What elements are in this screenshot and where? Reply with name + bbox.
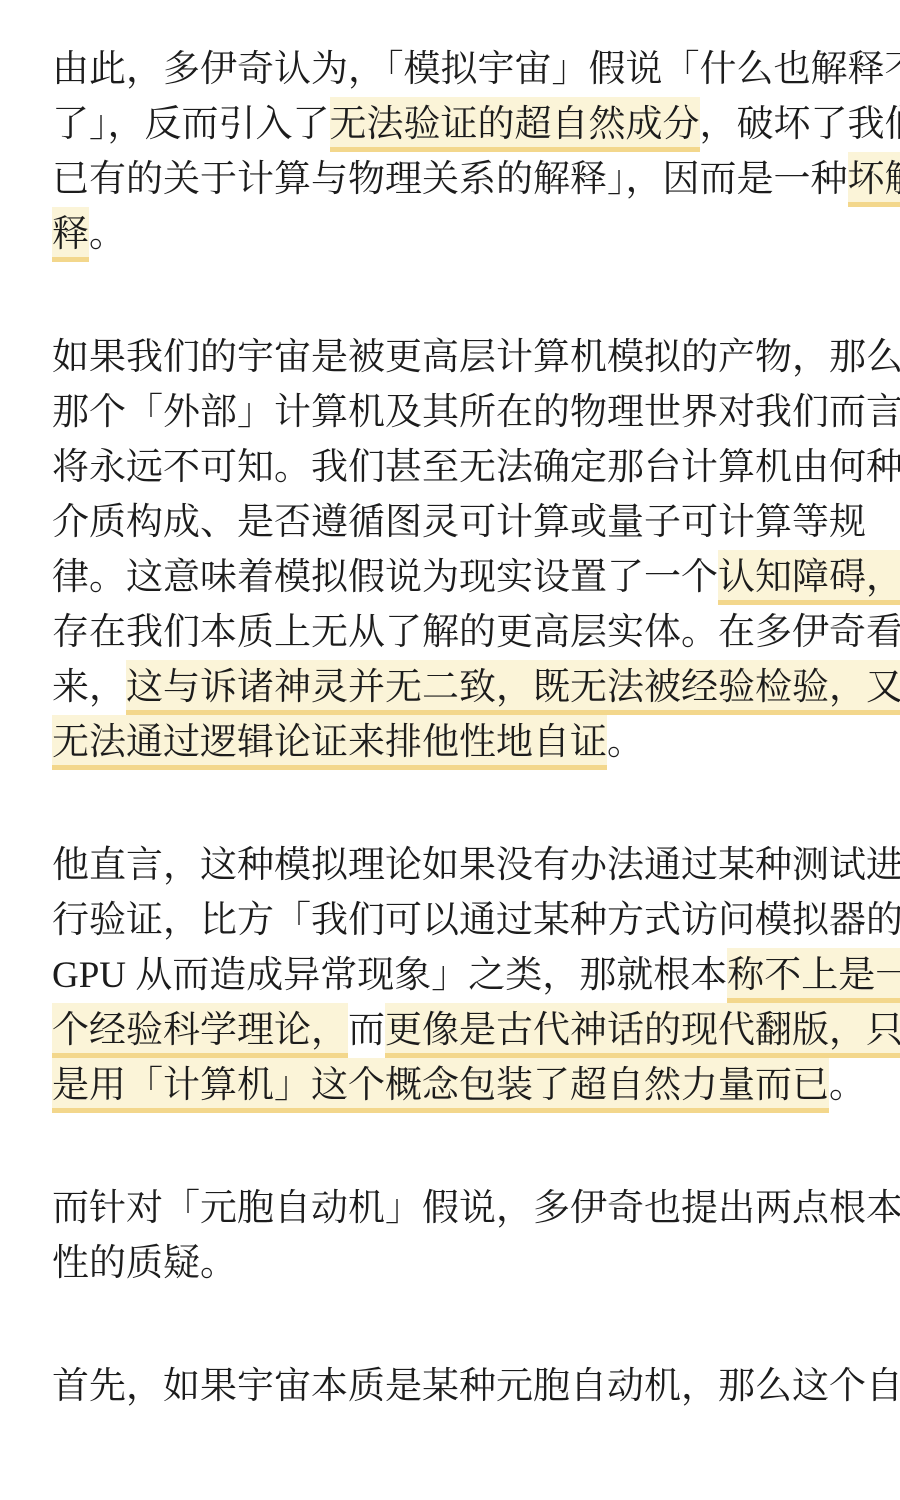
paragraph: 首先，如果宇宙本质是某种元胞自动机，那么这个自 [52, 1359, 848, 1414]
text-line: 律。这意味着模拟假说为现实设置了一个认知障碍， [52, 550, 848, 605]
text-line: 介质构成、是否遵循图灵可计算或量子可计算等规 [52, 495, 848, 550]
text-line: 首先，如果宇宙本质是某种元胞自动机，那么这个自 [52, 1359, 848, 1414]
text-segment: 首先，如果宇宙本质是某种元胞自动机，那么这个自 [52, 1366, 900, 1407]
text-segment: 由此，多伊奇认为，「模拟宇宙」假说「什么也解释不 [52, 49, 900, 90]
text-line: 而针对「元胞自动机」假说，多伊奇也提出两点根本 [52, 1181, 848, 1236]
text-segment: 来， [52, 667, 126, 708]
text-segment: 。 [607, 722, 644, 763]
text-segment: 如果我们的宇宙是被更高层计算机模拟的产物，那么 [52, 337, 900, 378]
text-line: 性的质疑。 [52, 1236, 848, 1291]
text-segment: 。 [89, 214, 126, 255]
text-line: 来，这与诉诸神灵并无二致，既无法被经验检验，又 [52, 660, 848, 715]
highlighted-text: 无法验证的超自然成分 [330, 97, 700, 152]
text-line: 那个「外部」计算机及其所在的物理世界对我们而言 [52, 385, 848, 440]
text-segment: 而 [348, 1010, 385, 1051]
text-segment: 了」，反而引入了 [52, 104, 330, 145]
highlighted-text: 无法通过逻辑论证来排他性地自证 [52, 715, 607, 770]
text-line: 是用「计算机」这个概念包装了超自然力量而已。 [52, 1058, 848, 1113]
text-line: 由此，多伊奇认为，「模拟宇宙」假说「什么也解释不 [52, 42, 848, 97]
text-line: 释。 [52, 207, 848, 262]
highlighted-text: 称不上是一 [727, 948, 900, 1003]
paragraph: 如果我们的宇宙是被更高层计算机模拟的产物，那么那个「外部」计算机及其所在的物理世… [52, 330, 848, 770]
text-line: 行验证，比方「我们可以通过某种方式访问模拟器的 [52, 893, 848, 948]
text-line: 了」，反而引入了无法验证的超自然成分，破坏了我们 [52, 97, 848, 152]
text-line: 个经验科学理论，而更像是古代神话的现代翻版，只 [52, 1003, 848, 1058]
paragraph: 由此，多伊奇认为，「模拟宇宙」假说「什么也解释不了」，反而引入了无法验证的超自然… [52, 42, 848, 262]
article-body: 由此，多伊奇认为，「模拟宇宙」假说「什么也解释不了」，反而引入了无法验证的超自然… [0, 0, 900, 1414]
text-line: 无法通过逻辑论证来排他性地自证。 [52, 715, 848, 770]
highlighted-text: 这与诉诸神灵并无二致，既无法被经验检验，又 [126, 660, 900, 715]
text-line: 将永远不可知。我们甚至无法确定那台计算机由何种 [52, 440, 848, 495]
text-segment: 介质构成、是否遵循图灵可计算或量子可计算等规 [52, 502, 866, 543]
text-segment: 行验证，比方「我们可以通过某种方式访问模拟器的 [52, 900, 900, 941]
text-segment: 他直言，这种模拟理论如果没有办法通过某种测试进 [52, 845, 900, 886]
text-line: 他直言，这种模拟理论如果没有办法通过某种测试进 [52, 838, 848, 893]
text-segment: 性的质疑。 [52, 1243, 237, 1284]
text-segment: GPU 从而造成异常现象」之类，那就根本 [52, 955, 727, 996]
paragraph: 他直言，这种模拟理论如果没有办法通过某种测试进行验证，比方「我们可以通过某种方式… [52, 838, 848, 1113]
text-segment: 。 [829, 1065, 866, 1106]
highlighted-text: 坏解 [848, 152, 900, 207]
text-line: GPU 从而造成异常现象」之类，那就根本称不上是一 [52, 948, 848, 1003]
text-line: 存在我们本质上无从了解的更高层实体。在多伊奇看 [52, 605, 848, 660]
paragraph: 而针对「元胞自动机」假说，多伊奇也提出两点根本性的质疑。 [52, 1181, 848, 1291]
highlighted-text: 是用「计算机」这个概念包装了超自然力量而已 [52, 1058, 829, 1113]
text-segment: 而针对「元胞自动机」假说，多伊奇也提出两点根本 [52, 1188, 900, 1229]
highlighted-text: 更像是古代神话的现代翻版，只 [385, 1003, 900, 1058]
text-segment: 已有的关于计算与物理关系的解释」，因而是一种 [52, 159, 848, 200]
text-line: 已有的关于计算与物理关系的解释」，因而是一种坏解 [52, 152, 848, 207]
text-segment: 将永远不可知。我们甚至无法确定那台计算机由何种 [52, 447, 900, 488]
text-segment: ，破坏了我们 [700, 104, 900, 145]
highlighted-text: 认知障碍， [718, 550, 900, 605]
highlighted-text: 释 [52, 207, 89, 262]
text-segment: 存在我们本质上无从了解的更高层实体。在多伊奇看 [52, 612, 900, 653]
highlighted-text: 个经验科学理论， [52, 1003, 348, 1058]
text-segment: 那个「外部」计算机及其所在的物理世界对我们而言 [52, 392, 900, 433]
text-line: 如果我们的宇宙是被更高层计算机模拟的产物，那么 [52, 330, 848, 385]
text-segment: 律。这意味着模拟假说为现实设置了一个 [52, 557, 718, 598]
